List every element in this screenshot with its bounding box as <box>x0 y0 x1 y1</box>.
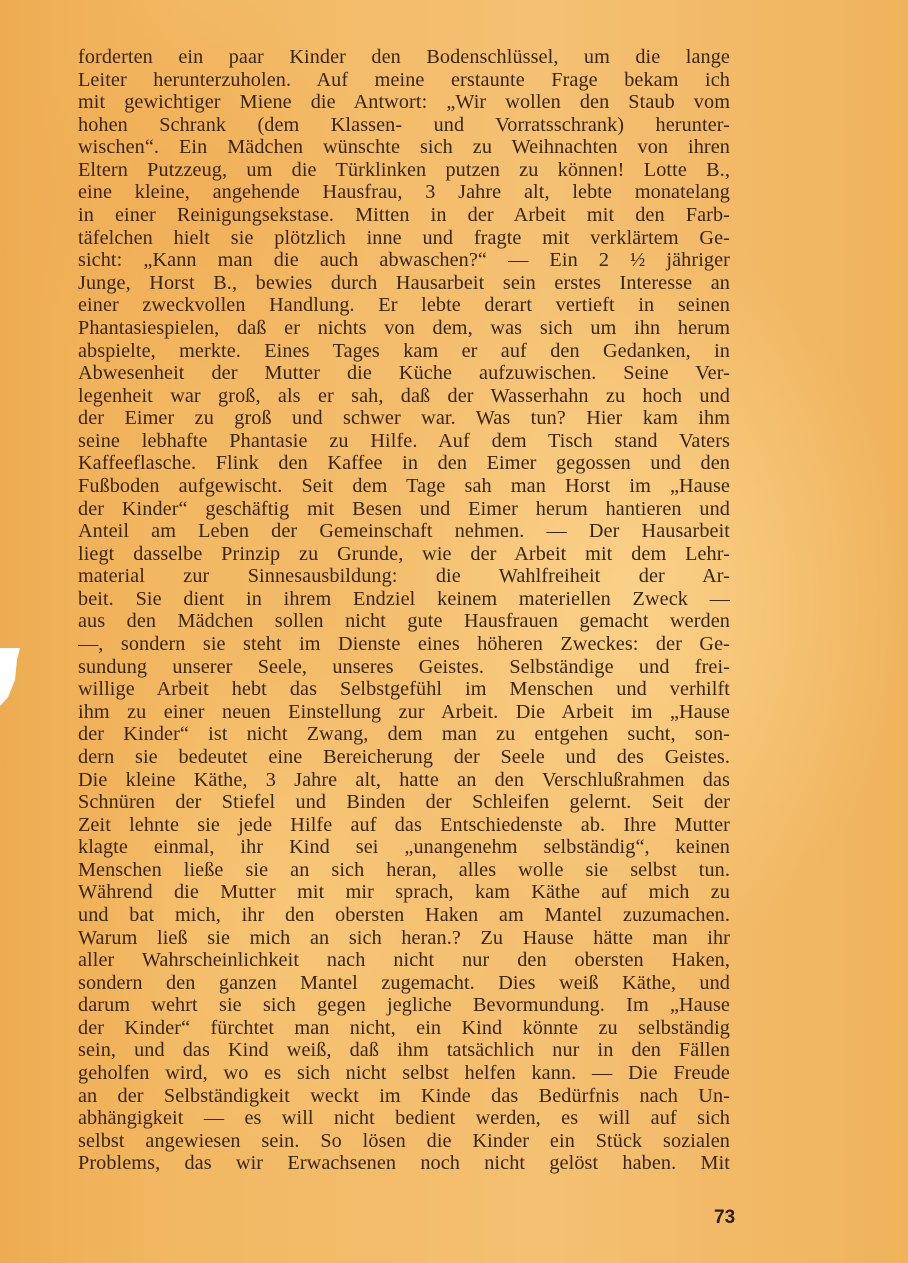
text-line: darum wehrt sie sich gegen jegliche Bevo… <box>78 994 730 1017</box>
text-line: Während die Mutter mit mir sprach, kam K… <box>78 881 730 904</box>
text-line: täfelchen hielt sie plötzlich inne und f… <box>78 227 730 250</box>
text-line: Zeit lehnte sie jede Hilfe auf das Entsc… <box>78 814 730 837</box>
text-line: seine lebhafte Phantasie zu Hilfe. Auf d… <box>78 430 730 453</box>
text-line: der Kinder“ geschäftig mit Besen und Eim… <box>78 498 730 521</box>
book-page: forderten ein paar Kinder den Bodenschlü… <box>0 0 908 1263</box>
text-line: ihm zu einer neuen Einstellung zur Arbei… <box>78 701 730 724</box>
text-line: klagte einmal, ihr Kind sei „unangenehm … <box>78 836 730 859</box>
text-line: Phantasiespielen, daß er nichts von dem,… <box>78 317 730 340</box>
text-line: wischen“. Ein Mädchen wünschte sich zu W… <box>78 136 730 159</box>
text-line: abspielte, merkte. Eines Tages kam er au… <box>78 340 730 363</box>
text-line: Eltern Putzzeug, um die Türklinken putze… <box>78 159 730 182</box>
text-line: mit gewichtiger Miene die Antwort: „Wir … <box>78 91 730 114</box>
text-line: Warum ließ sie mich an sich heran.? Zu H… <box>78 927 730 950</box>
text-line: sein, und das Kind weiß, daß ihm tatsäch… <box>78 1039 730 1062</box>
text-line: —, sondern sie steht im Dienste eines hö… <box>78 633 730 656</box>
text-line: sundung unserer Seele, unseres Geistes. … <box>78 656 730 679</box>
text-line: willige Arbeit hebt das Selbstgefühl im … <box>78 678 730 701</box>
text-line: Schnüren der Stiefel und Binden der Schl… <box>78 791 730 814</box>
text-line: Junge, Horst B., bewies durch Hausarbeit… <box>78 272 730 295</box>
text-line: Die kleine Käthe, 3 Jahre alt, hatte an … <box>78 769 730 792</box>
text-line: abhängigkeit — es will nicht bedient wer… <box>78 1107 730 1130</box>
text-line: hohen Schrank (dem Klassen- und Vorratss… <box>78 114 730 137</box>
text-line: legenheit war groß, als er sah, daß der … <box>78 385 730 408</box>
text-line: selbst angewiesen sein. So lösen die Kin… <box>78 1130 730 1153</box>
body-text: forderten ein paar Kinder den Bodenschlü… <box>78 46 730 1175</box>
text-line: forderten ein paar Kinder den Bodenschlü… <box>78 46 730 69</box>
text-line: in einer Reinigungsekstase. Mitten in de… <box>78 204 730 227</box>
text-line: aller Wahrscheinlichkeit nach nicht nur … <box>78 949 730 972</box>
text-line: Problems, das wir Erwachsenen noch nicht… <box>78 1152 730 1175</box>
torn-edge <box>0 648 20 706</box>
text-line: aus den Mädchen sollen nicht gute Hausfr… <box>78 610 730 633</box>
text-line: der Eimer zu groß und schwer war. Was tu… <box>78 407 730 430</box>
text-line: Anteil am Leben der Gemeinschaft nehmen.… <box>78 520 730 543</box>
text-line: eine kleine, angehende Hausfrau, 3 Jahre… <box>78 181 730 204</box>
text-line: Leiter herunterzuholen. Auf meine erstau… <box>78 69 730 92</box>
text-line: Fußboden aufgewischt. Seit dem Tage sah … <box>78 475 730 498</box>
text-line: Abwesenheit der Mutter die Küche aufzuwi… <box>78 362 730 385</box>
text-line: sondern den ganzen Mantel zugemacht. Die… <box>78 972 730 995</box>
text-line: liegt dasselbe Prinzip zu Grunde, wie de… <box>78 543 730 566</box>
text-line: der Kinder“ fürchtet man nicht, ein Kind… <box>78 1017 730 1040</box>
text-line: geholfen wird, wo es sich nicht selbst h… <box>78 1062 730 1085</box>
page-number: 73 <box>714 1207 735 1229</box>
text-line: sicht: „Kann man die auch abwaschen?“ — … <box>78 249 730 272</box>
text-line: einer zweckvollen Handlung. Er lebte der… <box>78 294 730 317</box>
text-line: an der Selbständigkeit weckt im Kinde da… <box>78 1085 730 1108</box>
text-line: beit. Sie dient in ihrem Endziel keinem … <box>78 588 730 611</box>
text-line: dern sie bedeutet eine Bereicherung der … <box>78 746 730 769</box>
text-line: Menschen ließe sie an sich heran, alles … <box>78 859 730 882</box>
text-line: material zur Sinnesausbildung: die Wahlf… <box>78 565 730 588</box>
text-line: Kaffeeflasche. Flink den Kaffee in den E… <box>78 452 730 475</box>
text-line: der Kinder“ ist nicht Zwang, dem man zu … <box>78 723 730 746</box>
text-line: und bat mich, ihr den obersten Haken am … <box>78 904 730 927</box>
